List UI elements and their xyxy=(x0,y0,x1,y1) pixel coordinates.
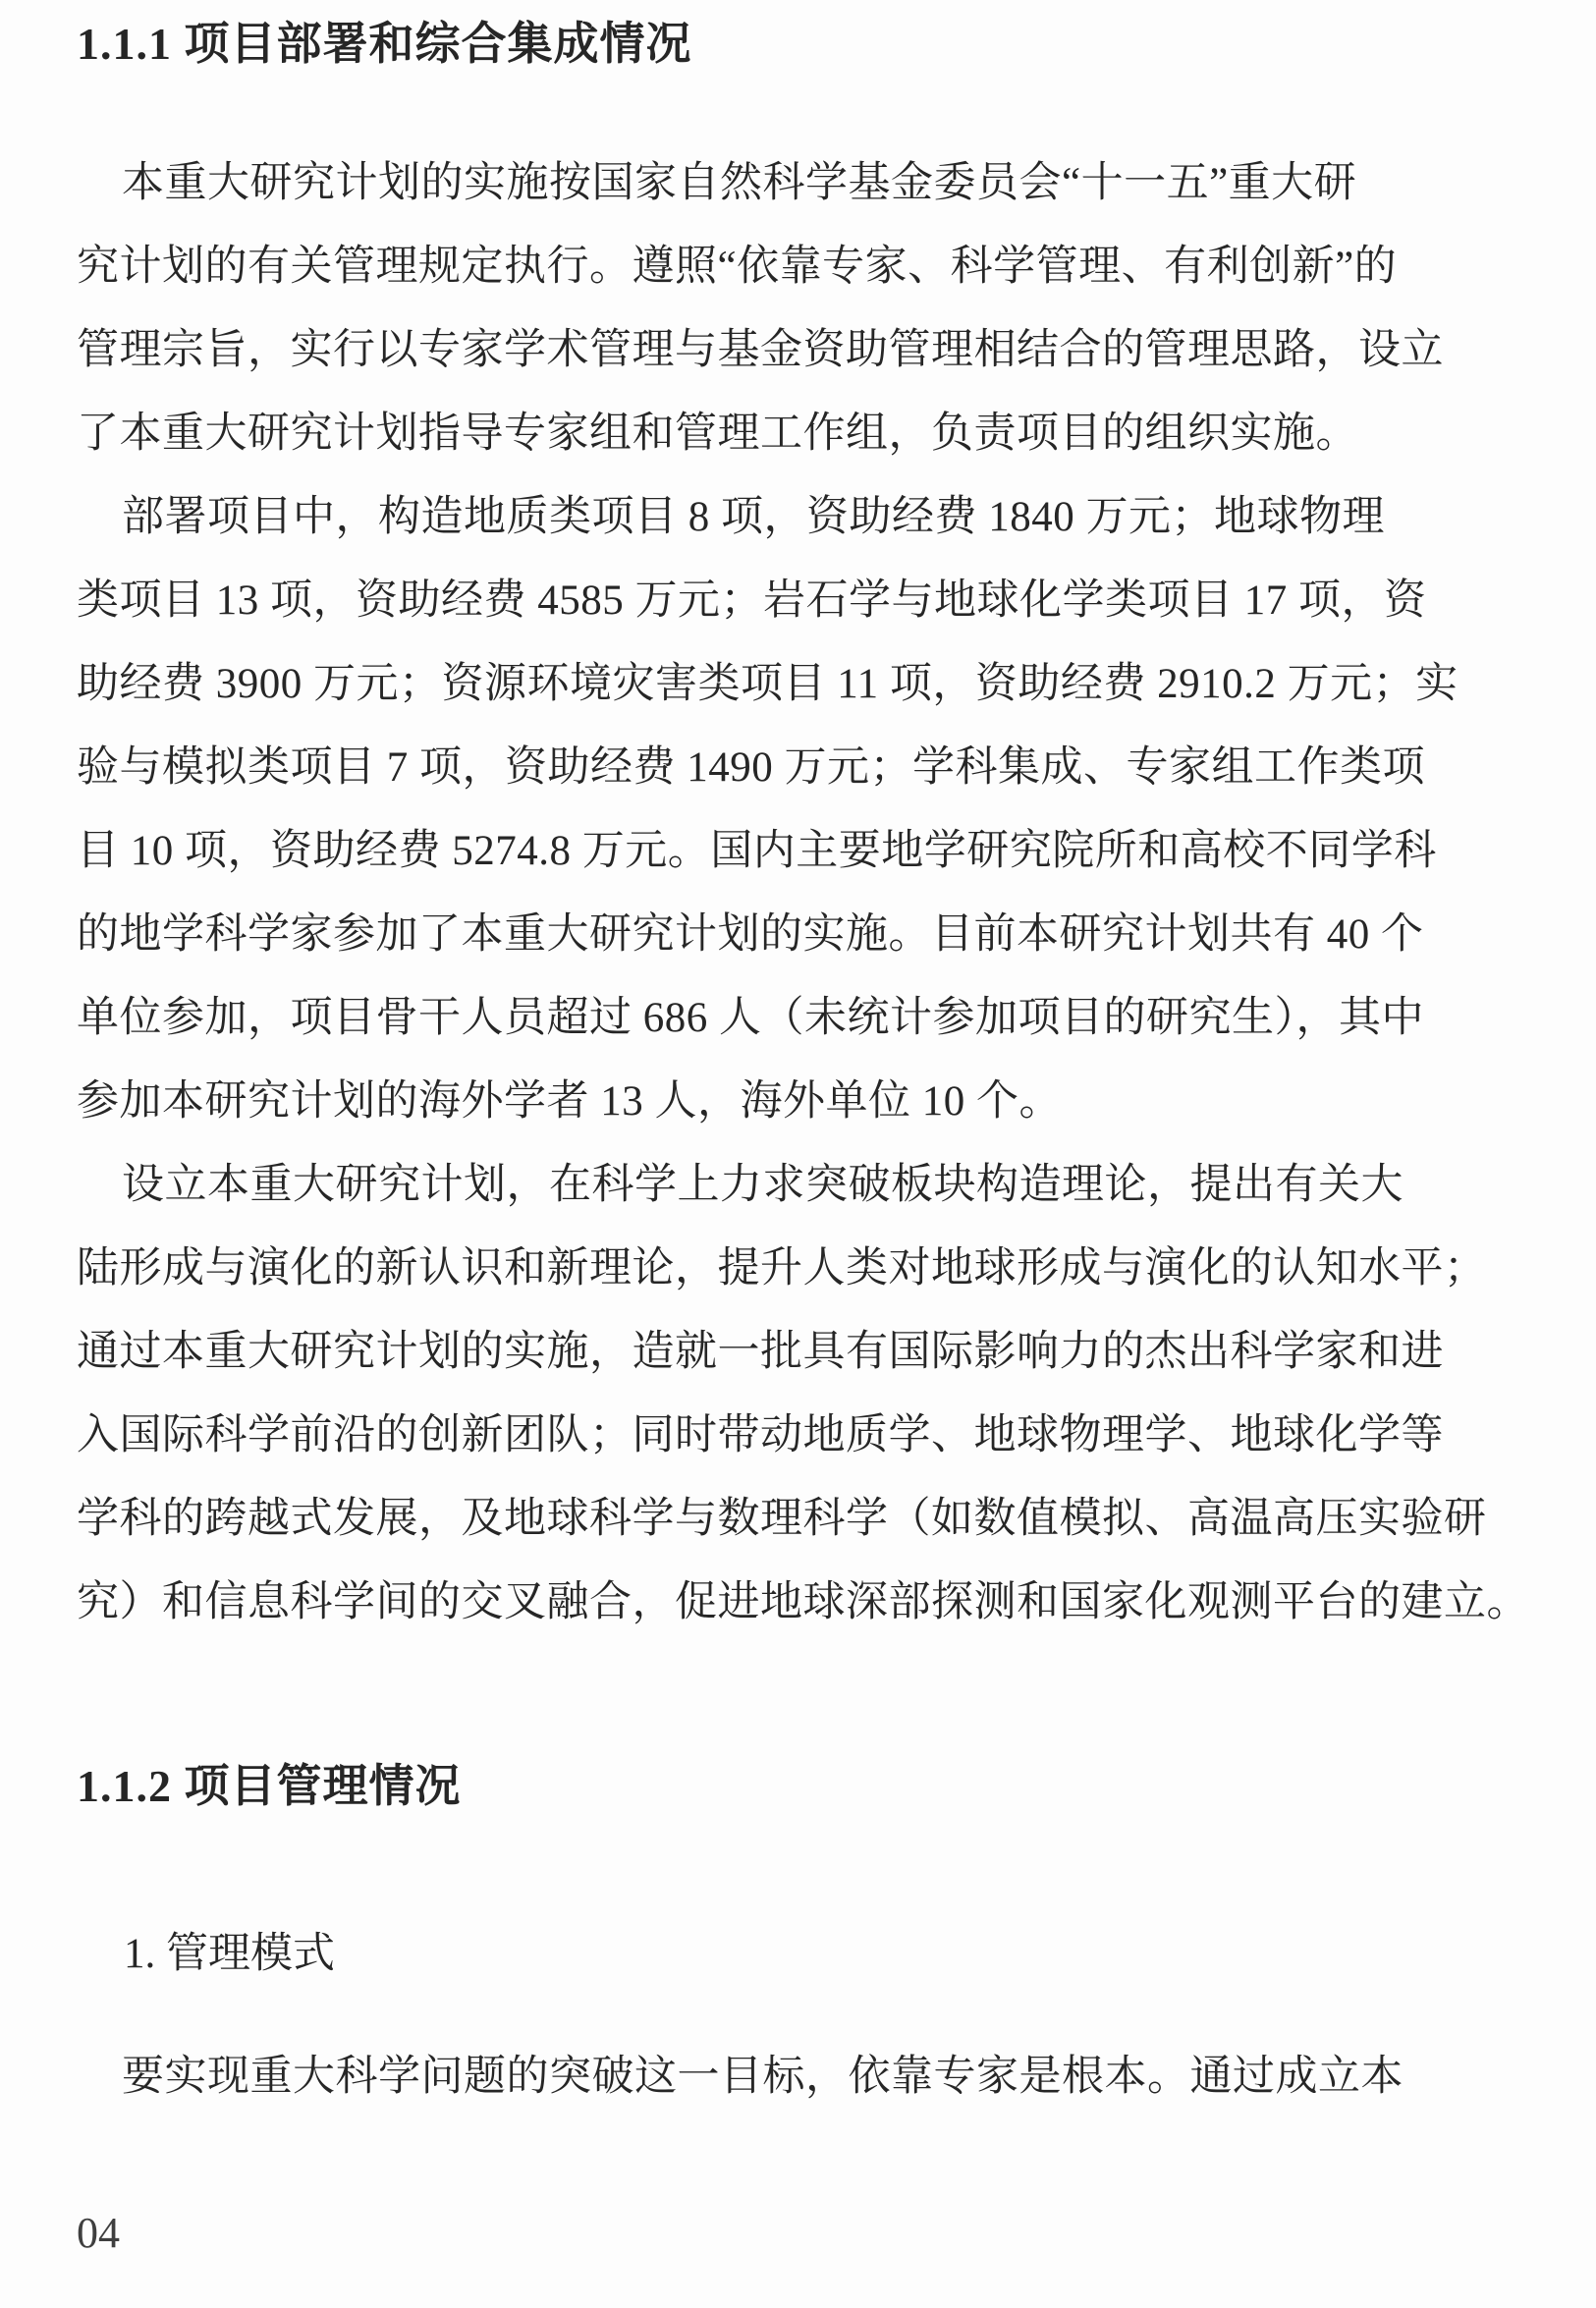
text-line: 通过本重大研究计划的实施，造就一批具有国际影响力的杰出科学家和进 xyxy=(77,1310,1537,1394)
text-line: 了本重大研究计划指导专家组和管理工作组，负责项目的组织实施。 xyxy=(77,392,1537,475)
text-line: 部署项目中，构造地质类项目 8 项，资助经费 1840 万元；地球物理 xyxy=(77,475,1537,559)
text-line: 的地学科学家参加了本重大研究计划的实施。目前本研究计划共有 40 个 xyxy=(77,893,1537,976)
text-line: 入国际科学前沿的创新团队；同时带动地质学、地球物理学、地球化学等 xyxy=(77,1394,1537,1477)
text-line: 本重大研究计划的实施按国家自然科学基金委员会“十一五”重大研 xyxy=(77,141,1537,225)
text-line: 验与模拟类项目 7 项，资助经费 1490 万元；学科集成、专家组工作类项 xyxy=(77,726,1537,809)
text-line: 究）和信息科学间的交叉融合，促进地球深部探测和国家化观测平台的建立。 xyxy=(77,1561,1537,1644)
text-line: 陆形成与演化的新认识和新理论，提升人类对地球形成与演化的认知水平； xyxy=(77,1227,1537,1310)
section-heading-1-1-1: 1.1.1 项目部署和综合集成情况 xyxy=(77,8,692,73)
document-page: 1.1.1 项目部署和综合集成情况 本重大研究计划的实施按国家自然科学基金委员会… xyxy=(0,0,1596,2308)
text-line: 类项目 13 项，资助经费 4585 万元；岩石学与地球化学类项目 17 项，资 xyxy=(77,559,1537,642)
text-line: 管理宗旨，实行以专家学术管理与基金资助管理相结合的管理思路，设立 xyxy=(77,308,1537,392)
text-line: 要实现重大科学问题的突破这一目标，依靠专家是根本。通过成立本 xyxy=(77,2035,1537,2118)
text-line: 学科的跨越式发展，及地球科学与数理科学（如数值模拟、高温高压实验研 xyxy=(77,1477,1537,1561)
section-heading-1-1-2: 1.1.2 项目管理情况 xyxy=(77,1750,462,1815)
text-line: 目 10 项，资助经费 5274.8 万元。国内主要地学研究院所和高校不同学科 xyxy=(77,809,1537,893)
section-1-body: 本重大研究计划的实施按国家自然科学基金委员会“十一五”重大研 究计划的有关管理规… xyxy=(77,141,1537,1644)
page-number: 04 xyxy=(77,2208,120,2258)
text-line: 参加本研究计划的海外学者 13 人，海外单位 10 个。 xyxy=(77,1060,1537,1143)
text-line: 究计划的有关管理规定执行。遵照“依靠专家、科学管理、有利创新”的 xyxy=(77,225,1537,308)
subsection-heading-management-mode: 1. 管理模式 xyxy=(77,1920,335,1980)
text-line: 设立本重大研究计划，在科学上力求突破板块构造理论，提出有关大 xyxy=(77,1143,1537,1227)
text-line: 单位参加，项目骨干人员超过 686 人（未统计参加项目的研究生），其中 xyxy=(77,976,1537,1060)
section-2-body: 要实现重大科学问题的突破这一目标，依靠专家是根本。通过成立本 xyxy=(77,2035,1537,2118)
text-line: 助经费 3900 万元；资源环境灾害类项目 11 项，资助经费 2910.2 万… xyxy=(77,642,1537,726)
